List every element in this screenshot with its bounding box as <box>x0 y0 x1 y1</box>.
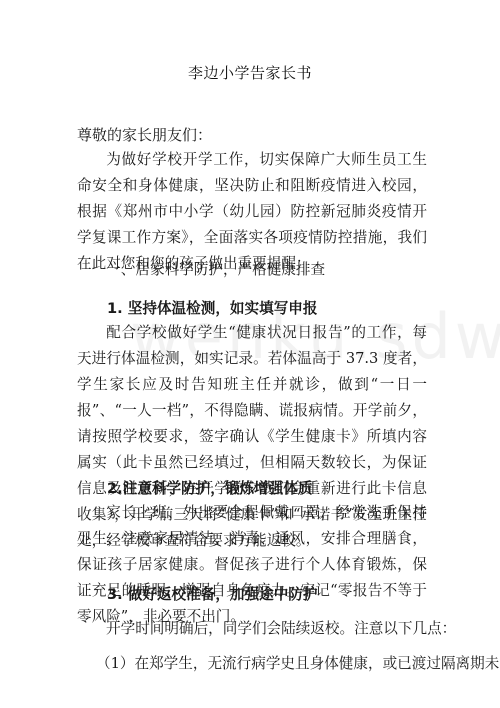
item-body-3: 开学时间明确后，同学们会陆续返校。注意以下几点： <box>77 617 456 638</box>
item-heading-3: 3. 做好返校准备，加强途中防护 <box>107 583 318 604</box>
document-title: 李边小学告家长书 <box>0 62 500 83</box>
salutation: 尊敬的家长朋友们： <box>77 124 212 145</box>
item-body-2-block: 家长上班、外出要全程佩戴口罩，经常洗手保持卫生，注意家居清洁、消毒、通风，安排合… <box>77 500 427 630</box>
sub-item-1: （1）在郑学生，无流行病学史且身体健康，或已渡过隔离期未 <box>77 652 446 673</box>
document-page: wenku.sdwenku.com 李边小学告家长书 尊敬的家长朋友们： 为做好… <box>0 0 500 708</box>
item-heading-2: 2.注意科学防护，锻炼增强体质 <box>107 477 312 498</box>
item-heading-1: 1. 坚持体温检测，如实填写申报 <box>107 297 318 318</box>
item-body-2: 家长上班、外出要全程佩戴口罩，经常洗手保持卫生，注意家居清洁、消毒、通风，安排合… <box>77 500 427 630</box>
section-heading-one: 一、居家科学防护，严格健康排查 <box>77 258 325 279</box>
